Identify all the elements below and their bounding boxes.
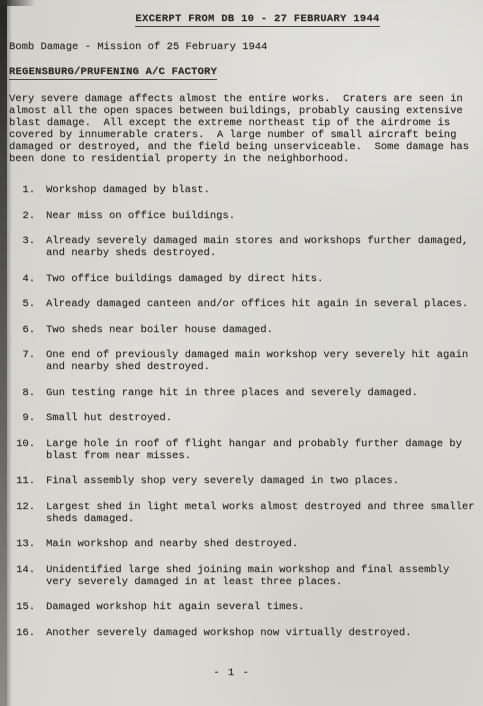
list-item: 10. Large hole in roof of flight hangar … [9, 438, 478, 462]
list-item-number: 1. [9, 184, 35, 196]
list-item-text: Another severely damaged workshop now vi… [46, 627, 478, 639]
list-item: 1. Workshop damaged by blast. [9, 184, 478, 196]
list-item-text: Largest shed in light metal works almost… [46, 501, 478, 525]
list-item: 5. Already damaged canteen and/or office… [9, 298, 478, 310]
list-item-number: 11. [9, 475, 35, 487]
list-item-text: Workshop damaged by blast. [46, 184, 478, 196]
page-number: - 1 - [9, 667, 478, 679]
document-title-row: EXCERPT FROM DB 10 - 27 FEBRUARY 1944 [9, 13, 478, 25]
list-item-text: Unidentified large shed joining main wor… [46, 564, 478, 588]
list-item: 16. Another severely damaged workshop no… [9, 627, 478, 639]
list-item-number: 15. [9, 601, 35, 613]
list-item-number: 6. [9, 324, 35, 336]
list-item-text: Final assembly shop very severely damage… [46, 475, 478, 487]
intro-paragraph: Very severe damage affects almost the en… [9, 93, 479, 165]
list-item-number: 9. [9, 412, 35, 424]
list-item: 4. Two office buildings damaged by direc… [9, 273, 478, 285]
list-item: 14. Unidentified large shed joining main… [9, 564, 478, 588]
scan-edge-left [0, 0, 7, 706]
list-item-number: 8. [9, 387, 35, 399]
list-item-text: Large hole in roof of flight hangar and … [46, 438, 478, 462]
list-item: 12. Largest shed in light metal works al… [9, 501, 478, 525]
list-item: 15. Damaged workshop hit again several t… [9, 601, 478, 613]
list-item: 3. Already severely damaged main stores … [9, 235, 478, 259]
list-item-text: One end of previously damaged main works… [46, 349, 478, 373]
document-title: EXCERPT FROM DB 10 - 27 FEBRUARY 1944 [135, 13, 379, 27]
list-item-text: Damaged workshop hit again several times… [46, 601, 478, 613]
list-item-text: Gun testing range hit in three places an… [46, 387, 478, 399]
section-heading-row: REGENSBURG/PRUFENING A/C FACTORY [9, 66, 478, 78]
list-item-text: Two sheds near boiler house damaged. [46, 324, 478, 336]
document-subtitle: Bomb Damage - Mission of 25 February 194… [9, 41, 478, 53]
list-item: 13. Main workshop and nearby shed destro… [9, 538, 478, 550]
list-item-text: Small hut destroyed. [46, 412, 478, 424]
list-item-number: 13. [9, 538, 35, 550]
list-item: 9. Small hut destroyed. [9, 412, 478, 424]
damage-list: 1. Workshop damaged by blast. 2. Near mi… [9, 184, 478, 639]
list-item-number: 5. [9, 298, 35, 310]
list-item-number: 3. [9, 235, 35, 259]
list-item-text: Two office buildings damaged by direct h… [46, 273, 478, 285]
list-item-text: Already severely damaged main stores and… [46, 235, 478, 259]
scanned-document-page: EXCERPT FROM DB 10 - 27 FEBRUARY 1944 Bo… [0, 0, 483, 706]
list-item: 6. Two sheds near boiler house damaged. [9, 324, 478, 336]
list-item-text: Near miss on office buildings. [46, 210, 478, 222]
list-item: 2. Near miss on office buildings. [9, 210, 478, 222]
section-heading: REGENSBURG/PRUFENING A/C FACTORY [9, 66, 217, 80]
list-item-number: 12. [9, 501, 35, 525]
list-item-number: 10. [9, 438, 35, 462]
list-item-text: Main workshop and nearby shed destroyed. [46, 538, 478, 550]
list-item-number: 16. [9, 627, 35, 639]
document-content: EXCERPT FROM DB 10 - 27 FEBRUARY 1944 Bo… [9, 0, 478, 679]
list-item: 7. One end of previously damaged main wo… [9, 349, 478, 373]
list-item: 11. Final assembly shop very severely da… [9, 475, 478, 487]
list-item: 8. Gun testing range hit in three places… [9, 387, 478, 399]
list-item-number: 2. [9, 210, 35, 222]
list-item-number: 4. [9, 273, 35, 285]
list-item-number: 7. [9, 349, 35, 373]
list-item-number: 14. [9, 564, 35, 588]
list-item-text: Already damaged canteen and/or offices h… [46, 298, 478, 310]
